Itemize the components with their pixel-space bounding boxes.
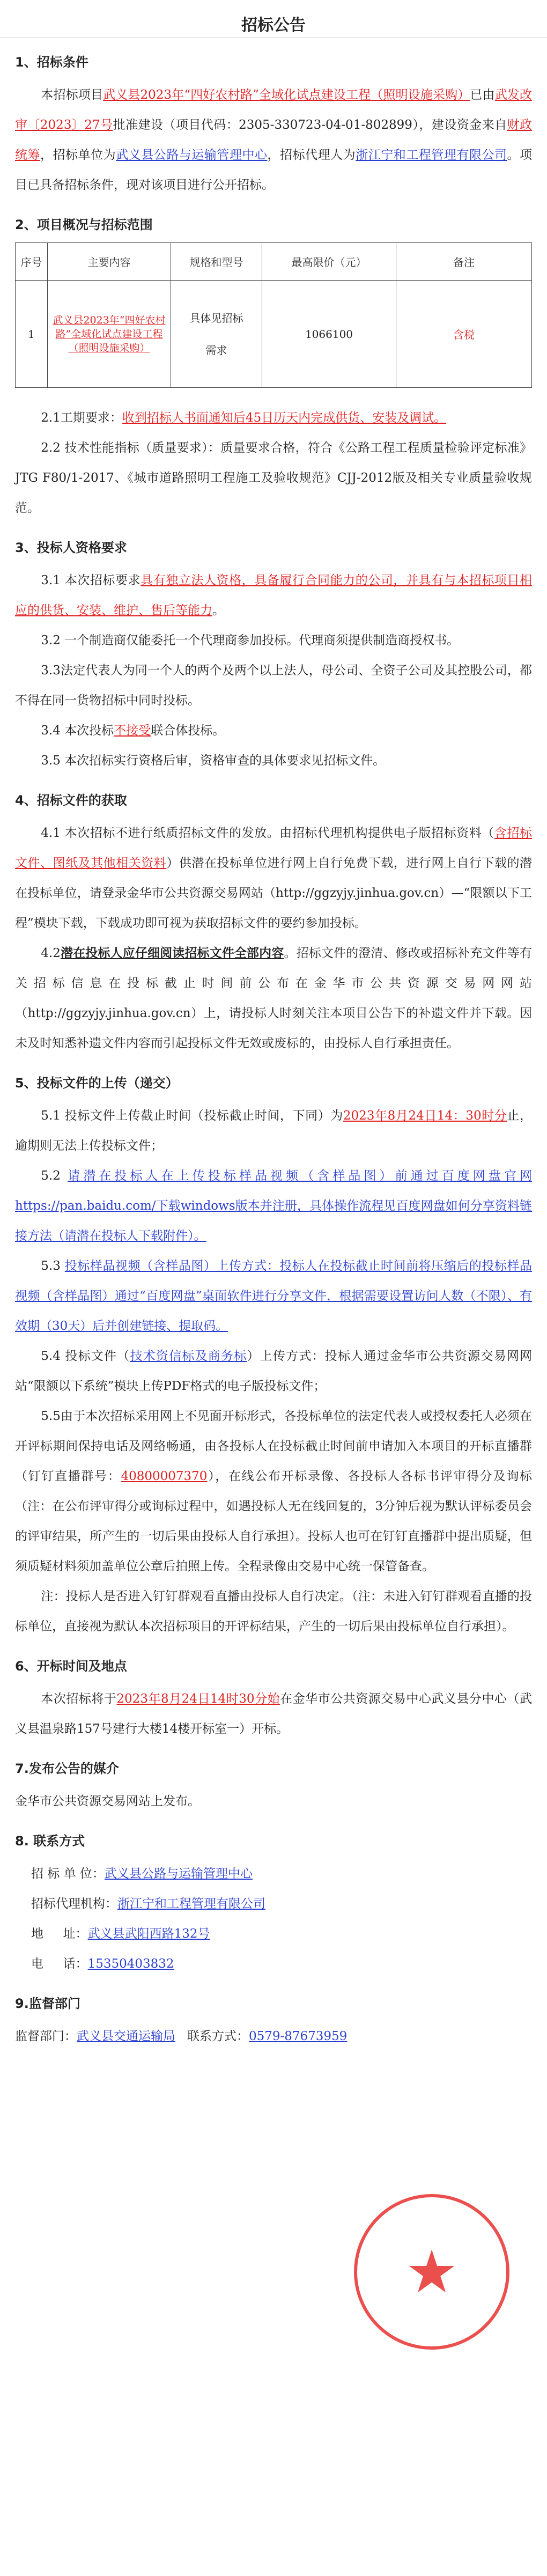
upload-paragraph-3: 5.3 投标样品视频（含样品图）上传方式：投标人在投标截止时间前将压缩后的投标样… xyxy=(15,1251,532,1341)
upload-note: 注：投标人是否进入钉钉群观看直播由投标人自行决定。（注：未进入钉钉群观看直播的投… xyxy=(15,1581,532,1642)
tender-conditions-paragraph: 本招标项目武义县2023年“四好农村路”全域化试点建设工程（照明设施采购）已由武… xyxy=(15,80,532,200)
qualification-paragraph-1: 3.1 本次招标要求具有独立法人资格，具备履行合同能力的公司，并具有与本招标项目… xyxy=(15,565,532,625)
section-heading-1: 1、招标条件 xyxy=(15,51,532,70)
table-row: 1 武义县2023年“四好农村路”全域化试点建设工程（照明设施采购） 具体见招标… xyxy=(16,281,532,388)
section-heading-4: 4、招标文件的获取 xyxy=(15,790,532,808)
section-heading-5: 5、投标文件的上传（递交） xyxy=(15,1072,532,1091)
section-heading-2: 2、项目概况与招标范围 xyxy=(15,214,532,233)
section-heading-8: 8. 联系方式 xyxy=(15,1830,532,1849)
upload-paragraph-2: 5.2 请潜在投标人在上传投标样品视频（含样品图）前通过百度网盘官网 https… xyxy=(15,1161,532,1251)
company-seal: ★ xyxy=(354,2194,509,2350)
qualification-paragraph-5: 3.5 本次招标实行资格后审，资格审查的具体要求见招标文件。 xyxy=(15,746,532,776)
documents-paragraph-1: 4.1 本次招标不进行纸质招标文件的发放。由招标代理机构提供电子版招标资料（含招… xyxy=(15,818,532,938)
contact-phone: 电 话：15350403832 xyxy=(31,1949,532,1979)
star-icon: ★ xyxy=(405,2242,459,2301)
qualification-paragraph-2: 3.2 一个制造商仅能委托一个代理商参加投标。代理商须提供制造商授权书。 xyxy=(15,625,532,656)
section-heading-6: 6、开标时间及地点 xyxy=(15,1655,532,1674)
media-paragraph: 金华市公共资源交易网站上发布。 xyxy=(15,1786,532,1816)
notice-document: 招标公告 1、招标条件 本招标项目武义县2023年“四好农村路”全域化试点建设工… xyxy=(0,0,547,2073)
schedule-paragraph: 2.1工期要求：收到招标人书面通知后45日历天内完成供货、安装及调试。 xyxy=(15,403,532,433)
section-heading-7: 7.发布公告的媒介 xyxy=(15,1758,532,1777)
quality-paragraph: 2.2 技术性能指标（质量要求）：质量要求合格，符合《公路工程工程质量检验评定标… xyxy=(15,433,532,523)
section-heading-3: 3、投标人资格要求 xyxy=(15,537,532,556)
upload-paragraph-4: 5.4 投标文件（技术资信标及商务标）上传方式：投标人通过金华市公共资源交易网网… xyxy=(15,1341,532,1401)
opening-paragraph: 本次招标将于2023年8月24日14时30分始在金华市公共资源交易中心武义县分中… xyxy=(15,1684,532,1744)
supervisor-line: 监督部门：武义县交通运输局 联系方式：0579-87673959 xyxy=(15,2021,532,2051)
contact-address: 地 址：武义县武阳西路132号 xyxy=(31,1919,532,1949)
table-header-row: 序号 主要内容 规格和型号 最高限价（元） 备注 xyxy=(16,243,532,281)
project-name-cell: 武义县2023年“四好农村路”全域化试点建设工程（照明设施采购） xyxy=(48,313,171,355)
upload-paragraph-1: 5.1 投标文件上传截止时间（投标截止时间，下同）为2023年8月24日14：3… xyxy=(15,1101,532,1161)
section-heading-9: 9.监督部门 xyxy=(15,1993,532,2012)
qualification-paragraph-3: 3.3法定代表人为同一个人的两个及两个以上法人，母公司、全资子公司及其控股公司，… xyxy=(15,656,532,716)
project-table: 序号 主要内容 规格和型号 最高限价（元） 备注 1 武义县2023年“四好农村… xyxy=(15,242,532,388)
page-title: 招标公告 xyxy=(0,0,547,38)
qualification-paragraph-4: 3.4 本次投标不接受联合体投标。 xyxy=(15,716,532,746)
contact-agency: 招标代理机构：浙江宁和工程管理有限公司 xyxy=(31,1889,532,1919)
upload-paragraph-5: 5.5由于本次招标采用网上不见面开标形式，各投标单位的法定代表人或授权委托人必须… xyxy=(15,1401,532,1581)
documents-paragraph-2: 4.2潜在投标人应仔细阅读招标文件全部内容。招标文件的澄清、修改或招标补充文件等… xyxy=(15,938,532,1058)
contact-tenderer: 招 标 单 位：武义县公路与运输管理中心 xyxy=(31,1859,532,1889)
